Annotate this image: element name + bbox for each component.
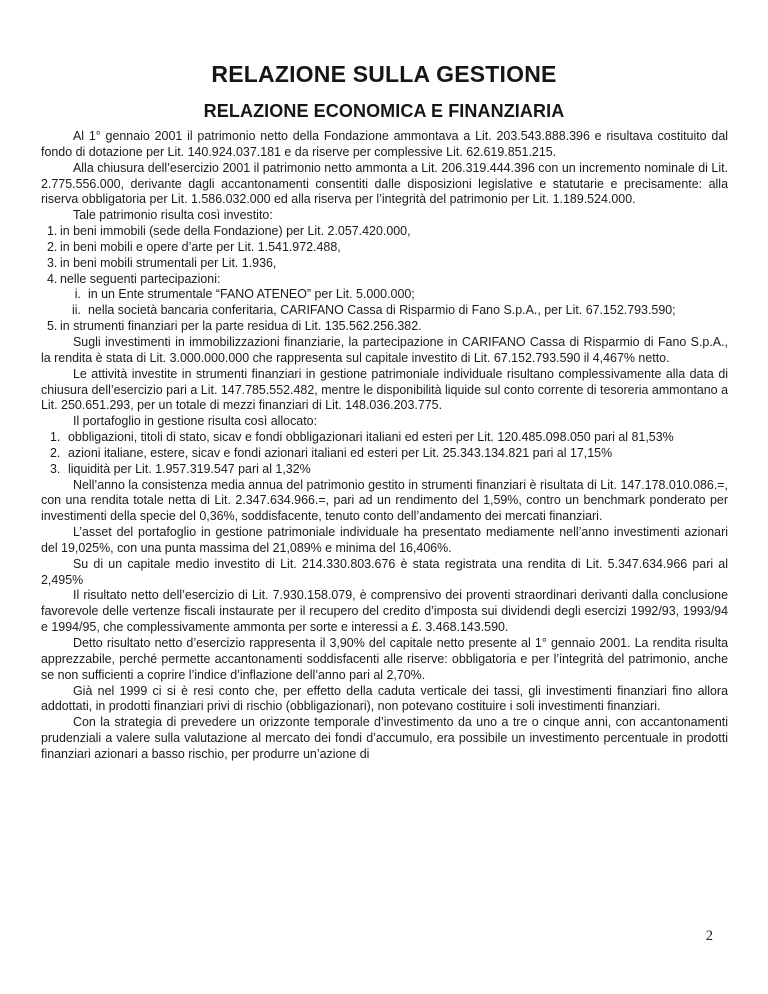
list-marker: 3. — [50, 462, 60, 478]
paragraph: Detto risultato netto d’esercizio rappre… — [41, 636, 728, 684]
paragraph: Sugli investimenti in immobilizzazioni f… — [41, 335, 728, 367]
page-number: 2 — [706, 928, 713, 945]
list-item-text: in beni immobili (sede della Fondazione)… — [60, 224, 411, 238]
list-marker: 2. — [50, 446, 60, 462]
list-item: 1.obbligazioni, titoli di stato, sicav e… — [41, 430, 728, 446]
document-body: Al 1° gennaio 2001 il patrimonio netto d… — [41, 129, 728, 763]
paragraph: Al 1° gennaio 2001 il patrimonio netto d… — [41, 129, 728, 161]
page-title: RELAZIONE SULLA GESTIONE — [0, 0, 768, 88]
list-marker: i. — [63, 287, 81, 303]
list-item: 1.in beni immobili (sede della Fondazion… — [41, 224, 728, 240]
paragraph: Il risultato netto dell’esercizio di Lit… — [41, 588, 728, 636]
list-marker: ii. — [63, 303, 81, 319]
list-item-text: nelle seguenti partecipazioni: — [60, 272, 220, 286]
list-marker: 5. — [47, 319, 57, 335]
list-item-text: in beni mobili strumentali per Lit. 1.93… — [60, 256, 276, 270]
paragraph: L’asset del portafoglio in gestione patr… — [41, 525, 728, 557]
list-item-text: nella società bancaria conferitaria, CAR… — [88, 303, 676, 317]
list-item: ii.nella società bancaria conferitaria, … — [41, 303, 728, 319]
paragraph: Con la strategia di prevedere un orizzon… — [41, 715, 728, 763]
list-marker: 3. — [47, 256, 57, 272]
paragraph: Il portafoglio in gestione risulta così … — [41, 414, 728, 430]
list-item-text: azioni italiane, estere, sicav e fondi a… — [68, 446, 612, 460]
list-marker: 4. — [47, 272, 57, 288]
paragraph: Già nel 1999 ci si è resi conto che, per… — [41, 684, 728, 716]
list-item-text: in beni mobili e opere d’arte per Lit. 1… — [60, 240, 341, 254]
list-item: 3.in beni mobili strumentali per Lit. 1.… — [41, 256, 728, 272]
document-page: RELAZIONE SULLA GESTIONE RELAZIONE ECONO… — [0, 0, 768, 994]
list-item: 2.in beni mobili e opere d’arte per Lit.… — [41, 240, 728, 256]
page-subtitle: RELAZIONE ECONOMICA E FINANZIARIA — [0, 100, 768, 122]
list-item: 4.nelle seguenti partecipazioni: — [41, 272, 728, 288]
list-item: 3.liquidità per Lit. 1.957.319.547 pari … — [41, 462, 728, 478]
paragraph: Alla chiusura dell’esercizio 2001 il pat… — [41, 161, 728, 209]
list-marker: 1. — [50, 430, 60, 446]
paragraph: Le attività investite in strumenti finan… — [41, 367, 728, 415]
list-item-text: obbligazioni, titoli di stato, sicav e f… — [68, 430, 674, 444]
paragraph: Su di un capitale medio investito di Lit… — [41, 557, 728, 589]
list-item-text: liquidità per Lit. 1.957.319.547 pari al… — [68, 462, 311, 476]
list-item: 2.azioni italiane, estere, sicav e fondi… — [41, 446, 728, 462]
list-item: i.in un Ente strumentale “FANO ATENEO” p… — [41, 287, 728, 303]
list-item: 5.in strumenti finanziari per la parte r… — [41, 319, 728, 335]
paragraph: Tale patrimonio risulta così investito: — [41, 208, 728, 224]
list-marker: 1. — [47, 224, 57, 240]
paragraph: Nell’anno la consistenza media annua del… — [41, 478, 728, 526]
list-item-text: in un Ente strumentale “FANO ATENEO” per… — [88, 287, 415, 301]
list-marker: 2. — [47, 240, 57, 256]
list-item-text: in strumenti finanziari per la parte res… — [60, 319, 422, 333]
